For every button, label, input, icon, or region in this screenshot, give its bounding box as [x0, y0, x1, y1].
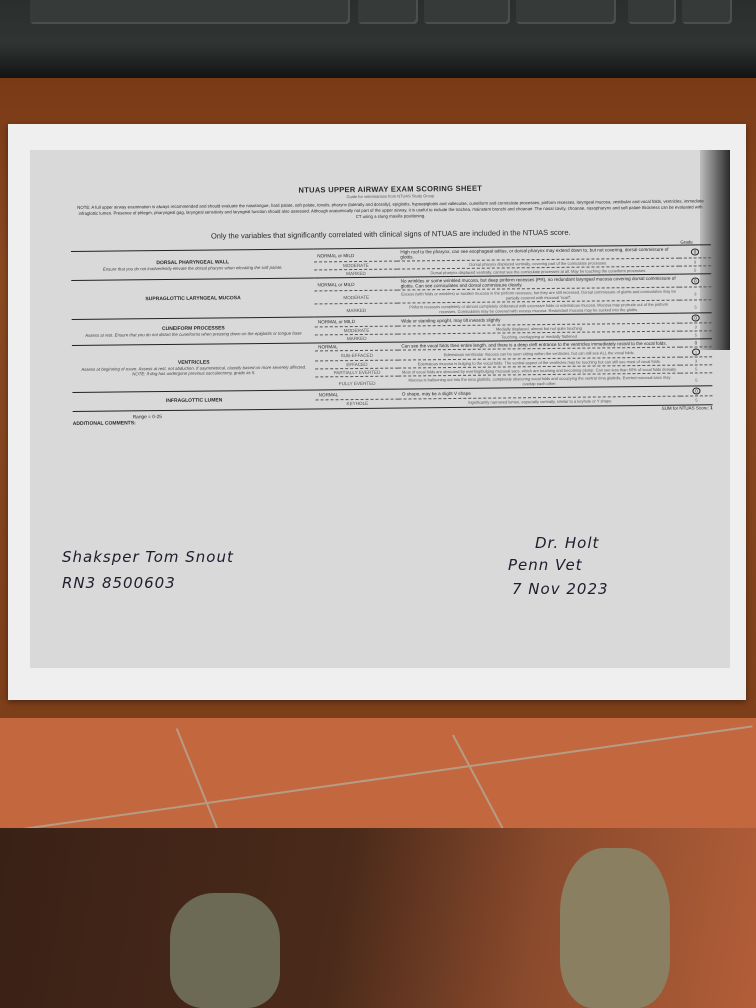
- severity-level: NORMAL or MILD: [314, 248, 397, 262]
- keyboard-key: [682, 0, 732, 24]
- grade-value: 0: [695, 340, 698, 345]
- handwritten-name: Shaksper Tom Snout: [62, 548, 234, 566]
- range-label: Range = 0-25: [133, 415, 162, 420]
- category-cell: VENTRICLESAssess at beginning of exam. A…: [72, 343, 316, 393]
- severity-level: NORMAL or MILD: [314, 277, 397, 291]
- grade-cell: 0: [679, 245, 711, 258]
- grade-cell: 0: [680, 313, 712, 323]
- grade-value: 5: [695, 366, 697, 371]
- severity-level: KEYHOLE: [316, 399, 399, 407]
- sum-label-text: SUM for NTUAS Score:: [662, 405, 709, 410]
- sheet-note: NOTE: A full upper airway examination is…: [76, 198, 704, 223]
- category-cell: SUPRAGLOTTIC LARYNGEAL MUCOSA: [71, 278, 315, 320]
- severity-level: MARKED: [315, 303, 398, 317]
- grade-cell: 3: [679, 287, 711, 300]
- handwritten-record-number: RN3 8500603: [62, 574, 176, 592]
- grade-value: 0: [691, 314, 700, 321]
- category-hint: Assess at beginning of exam. Assess at r…: [75, 364, 312, 376]
- sandal-right: [560, 848, 670, 1008]
- severity-level: FULLY EVERTED: [315, 376, 398, 390]
- grade-value: 1: [692, 348, 700, 355]
- keyboard-key: [30, 0, 350, 24]
- category-cell: DORSAL PHARYNGEAL WALLEnsure that you do…: [71, 249, 314, 281]
- grade-value: 0: [691, 248, 700, 255]
- category-hint: Assess at rest. Ensure that you do not d…: [75, 330, 312, 337]
- grade-value: 3: [695, 324, 697, 329]
- grade-value: 5: [695, 332, 697, 337]
- grade-value: 5: [695, 397, 697, 402]
- sum-label: SUM for NTUAS Score: 1: [662, 405, 713, 415]
- category-name: SUPRAGLOTTIC LARYNGEAL MUCOSA: [74, 294, 311, 302]
- keyboard: [0, 0, 756, 78]
- sum-value: 1: [710, 405, 713, 410]
- grade-value: 3: [694, 259, 696, 264]
- scoring-sheet-photo: NTUAS UPPER AIRWAY EXAM SCORING SHEET Gu…: [30, 150, 730, 668]
- tiled-floor: [0, 718, 756, 1008]
- grade-cell: 5: [680, 396, 712, 404]
- grade-value: 5: [694, 304, 696, 309]
- sandal-left: [170, 893, 280, 1008]
- grade-value: 5: [695, 377, 697, 382]
- category-cell: CUNEIFORM PROCESSESAssess at rest. Ensur…: [72, 317, 315, 346]
- category-name: INFRAGLOTTIC LUMEN: [75, 396, 312, 404]
- handwritten-institution: Penn Vet: [508, 556, 583, 574]
- grade-value: 5: [694, 267, 696, 272]
- keyboard-key: [358, 0, 418, 24]
- severity-level: MODERATE: [315, 290, 398, 304]
- grade-value: 3: [694, 291, 696, 296]
- grade-cell: 0: [680, 386, 712, 396]
- keyboard-key: [628, 0, 676, 24]
- grade-cell: 5: [680, 373, 712, 386]
- category-cell: INFRAGLOTTIC LUMEN: [72, 390, 315, 410]
- scoring-table: DORSAL PHARYNGEAL WALLEnsure that you do…: [71, 244, 713, 410]
- grade-cell: 1: [680, 347, 712, 357]
- grade-value: 0: [691, 277, 700, 284]
- grade-cell: 5: [679, 300, 711, 313]
- handwritten-doctor: Dr. Holt: [535, 534, 599, 552]
- grade-cell: 0: [679, 274, 711, 287]
- keyboard-key: [516, 0, 616, 24]
- handwritten-date: 7 Nov 2023: [512, 580, 609, 598]
- grade-value: 3: [695, 358, 697, 363]
- grade-value: 0: [692, 387, 701, 394]
- category-hint: Ensure that you do not inadvertently ele…: [74, 264, 311, 271]
- keyboard-key: [424, 0, 510, 24]
